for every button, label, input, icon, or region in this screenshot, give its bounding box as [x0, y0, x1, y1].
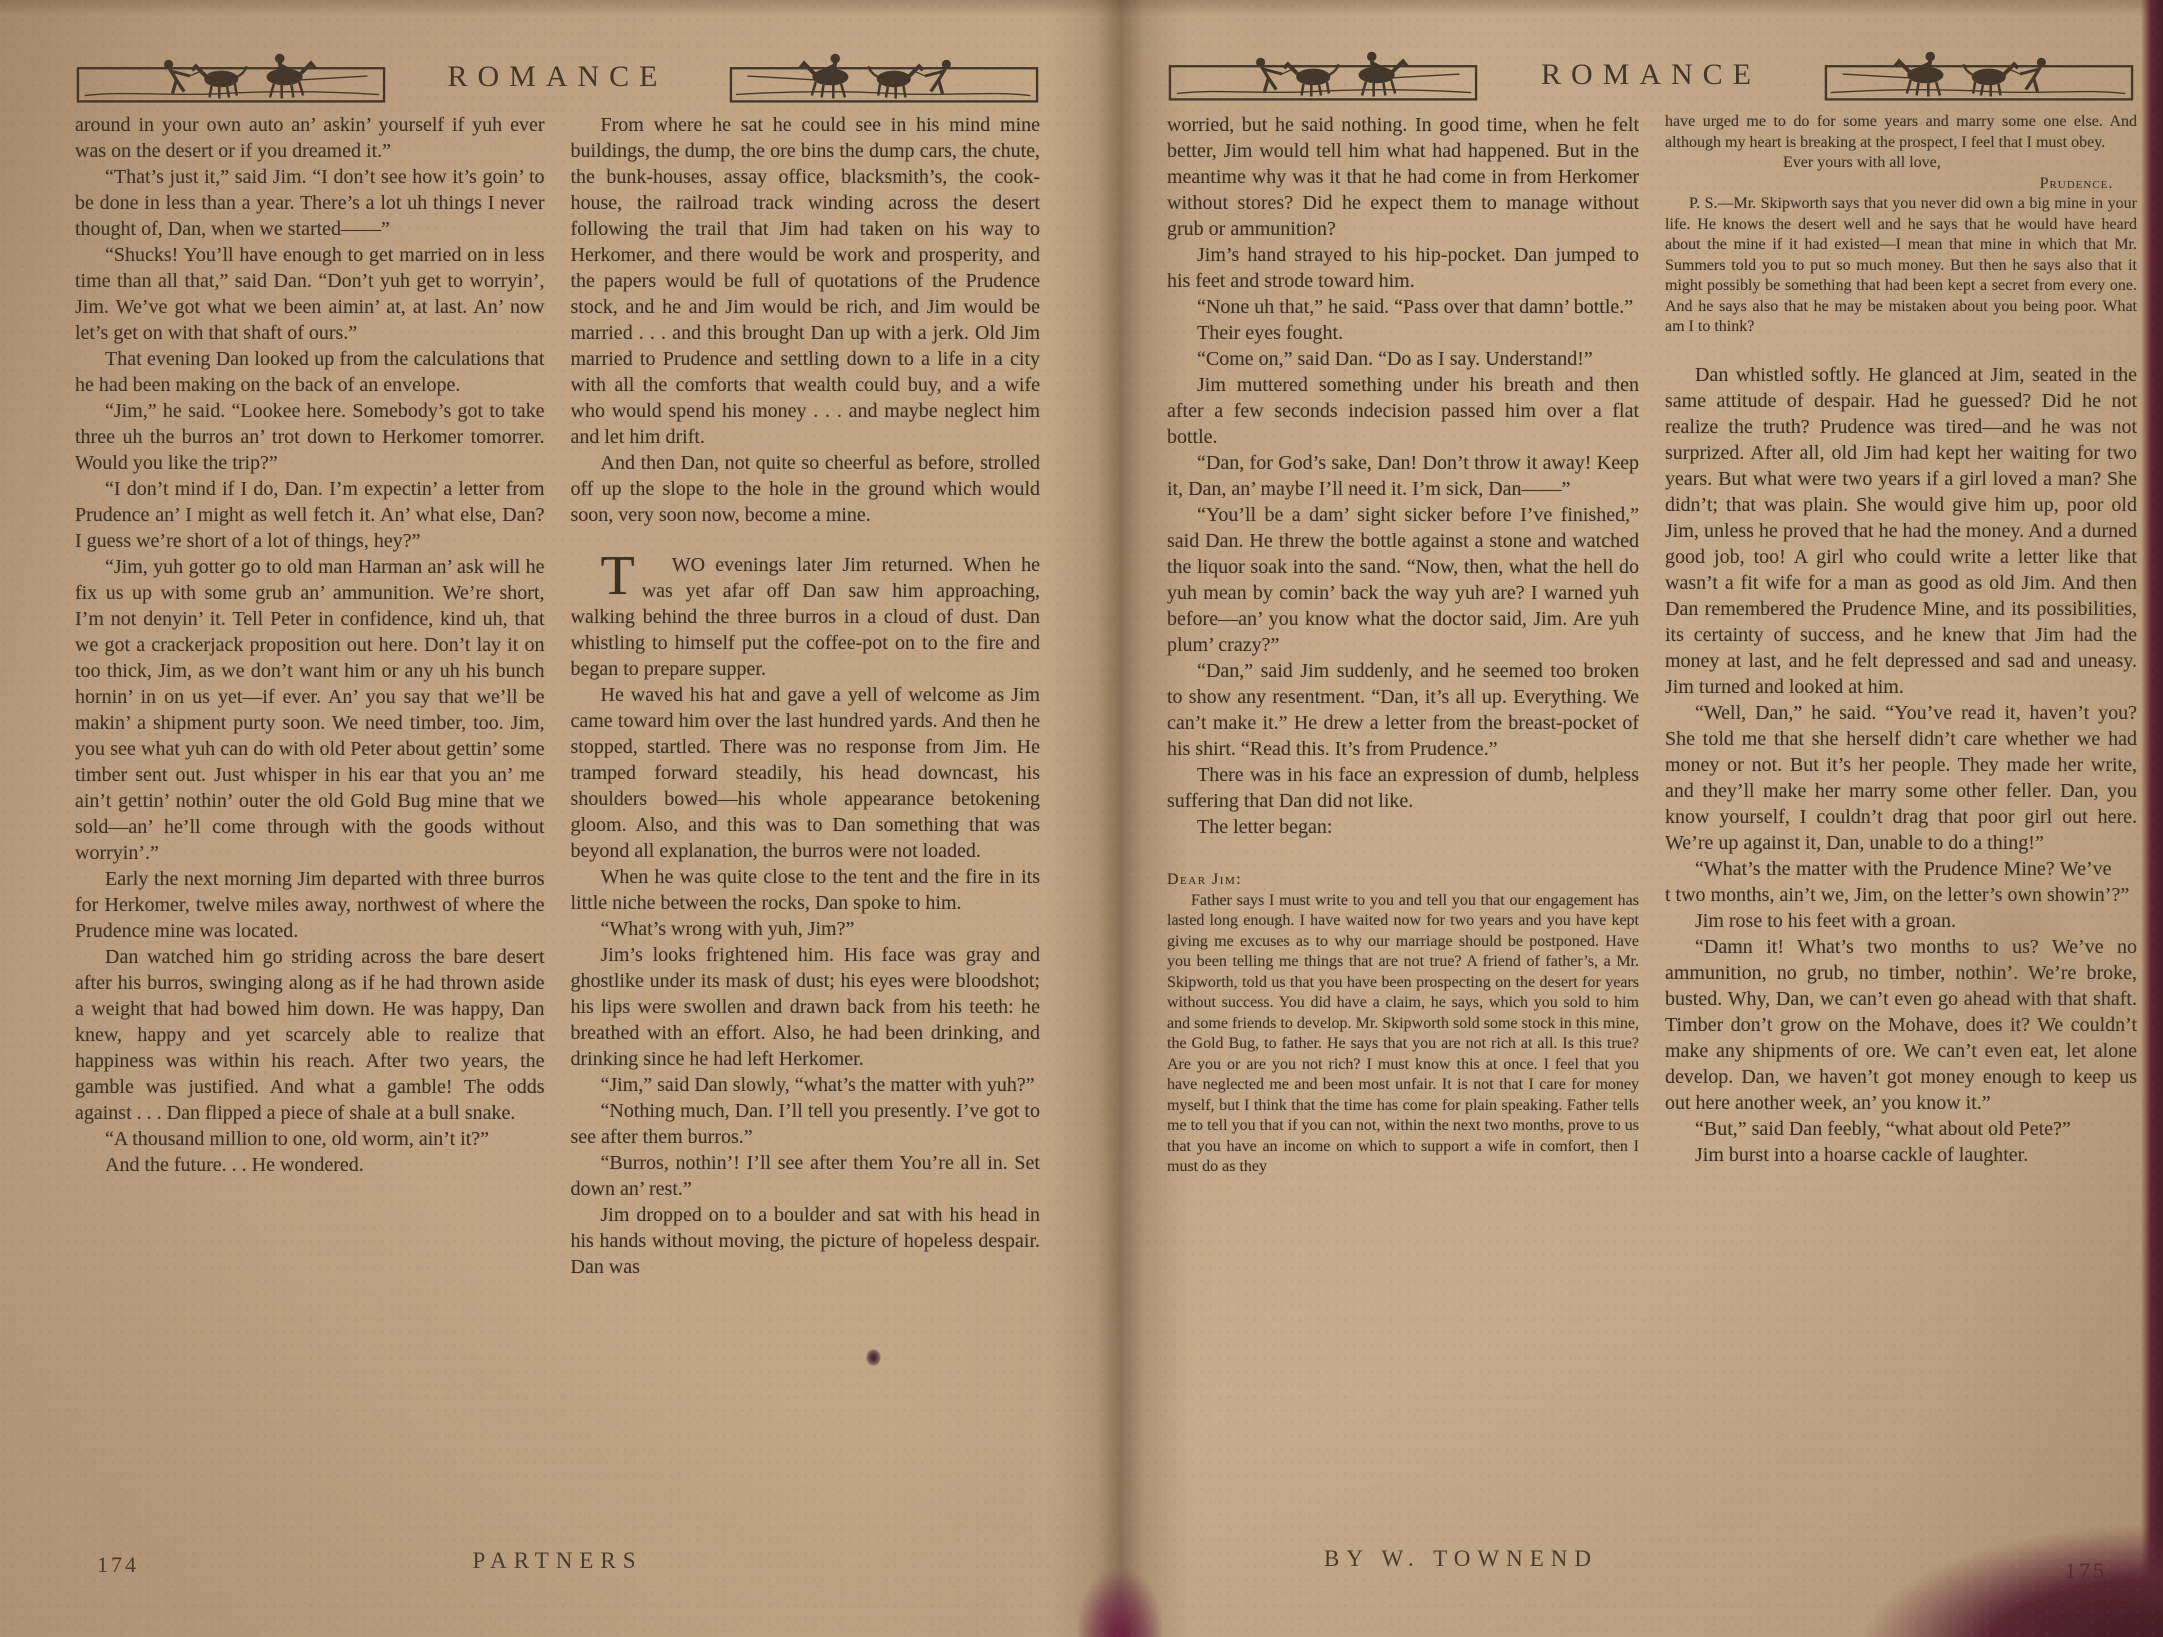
paragraph: That evening Dan looked up from the calc…	[75, 346, 545, 398]
paragraph: He waved his hat and gave a yell of welc…	[571, 682, 1041, 864]
paragraph: “A thousand million to one, old worm, ai…	[75, 1126, 545, 1152]
magazine-spread: ROMANCE around in your own auto an’ aski…	[0, 0, 2163, 1637]
paragraph: “You’ll be a dam’ sight sicker before I’…	[1167, 502, 1639, 658]
paragraph: Dan watched him go striding across the b…	[75, 944, 545, 1126]
paragraph: “Dan,” said Jim suddenly, and he seemed …	[1167, 658, 1639, 762]
paragraph: Prudence.	[1665, 174, 2137, 195]
paragraph: There was in his face an expression of d…	[1167, 762, 1639, 814]
paragraph: “That’s just it,” said Jim. “I don’t see…	[75, 164, 545, 242]
paragraph: And then Dan, not quite so cheerful as b…	[571, 450, 1041, 528]
page-left-header: ROMANCE	[75, 46, 1040, 108]
paragraph: Ever yours with all love,	[1665, 153, 2137, 174]
paragraph: Dear Jim:	[1167, 870, 1639, 891]
paragraph: Jim muttered something under his breath …	[1167, 372, 1639, 450]
paragraph: “None uh that,” he said. “Pass over that…	[1167, 294, 1639, 320]
page-number: 175	[2065, 1558, 2107, 1584]
paragraph: From where he sat he could see in his mi…	[571, 112, 1041, 450]
paragraph: around in your own auto an’ askin’ yours…	[75, 112, 545, 164]
paragraph: The letter began:	[1167, 814, 1639, 840]
paragraph: Jim burst into a hoarse cackle of laught…	[1665, 1142, 2137, 1168]
page-right-footer: BY W. TOWNEND 175	[1167, 1548, 2135, 1582]
paragraph: Early the next morning Jim departed with…	[75, 866, 545, 944]
text-column-3: worried, but he said nothing. In good ti…	[1167, 112, 1639, 1550]
page-left-footer: 174 PARTNERS	[75, 1548, 1040, 1582]
paragraph: Jim’s hand strayed to his hip-pocket. Da…	[1167, 242, 1639, 294]
paragraph: When he was quite close to the tent and …	[571, 864, 1041, 916]
paragraph: “Nothing much, Dan. I’ll tell you presen…	[571, 1098, 1041, 1150]
paragraph: “Jim, yuh gotter go to old man Harman an…	[75, 554, 545, 866]
header-ornament-riders-icon	[728, 46, 1040, 108]
text-columns: around in your own auto an’ askin’ yours…	[75, 112, 1040, 1550]
page-left: ROMANCE around in your own auto an’ aski…	[0, 0, 1105, 1637]
running-title: ROMANCE	[435, 60, 679, 94]
paragraph: “Dan, for God’s sake, Dan! Don’t throw i…	[1167, 450, 1639, 502]
paragraph: “I don’t mind if I do, Dan. I’m expectin…	[75, 476, 545, 554]
text-column-4: have urged me to do for some years and m…	[1665, 112, 2137, 1550]
paragraph: “Jim,” he said. “Lookee here. Somebody’s…	[75, 398, 545, 476]
paragraph: “Well, Dan,” he said. “You’ve read it, h…	[1665, 700, 2137, 856]
drop-cap: T	[571, 552, 642, 598]
paragraph: “Damn it! What’s two months to us? We’ve…	[1665, 934, 2137, 1116]
paragraph: “Come on,” said Dan. “Do as I say. Under…	[1167, 346, 1639, 372]
story-title: PARTNERS	[75, 1548, 1040, 1574]
text-columns: worried, but he said nothing. In good ti…	[1167, 112, 2137, 1550]
book-cover-edge	[2141, 0, 2163, 1637]
paragraph: And the future. . . He wondered.	[75, 1152, 545, 1178]
paragraph: “What’s wrong with yuh, Jim?”	[571, 916, 1041, 942]
text-column-2: From where he sat he could see in his mi…	[571, 112, 1041, 1550]
running-title: ROMANCE	[1529, 58, 1773, 92]
paragraph: “But,” said Dan feebly, “what about old …	[1665, 1116, 2137, 1142]
paragraph: Dan whistled softly. He glanced at Jim, …	[1665, 362, 2137, 700]
paragraph: Jim rose to his feet with a groan.	[1665, 908, 2137, 934]
paragraph: “Shucks! You’ll have enough to get marri…	[75, 242, 545, 346]
paragraph: “Burros, nothin’! I’ll see after them Yo…	[571, 1150, 1041, 1202]
paragraph: TWO evenings later Jim returned. When he…	[571, 552, 1041, 682]
page-right: ROMANCE worried, but he said nothing. In…	[1105, 0, 2145, 1637]
page-right-header: ROMANCE	[1167, 44, 2135, 106]
header-ornament-riders-icon	[1167, 44, 1479, 106]
paragraph: “What’s the matter with the Prudence Min…	[1665, 856, 2137, 908]
paragraph: Jim dropped on to a boulder and sat with…	[571, 1202, 1041, 1280]
paragraph: “Jim,” said Dan slowly, “what’s the matt…	[571, 1072, 1041, 1098]
header-ornament-riders-icon	[75, 46, 387, 108]
paragraph: have urged me to do for some years and m…	[1665, 112, 2137, 153]
ink-stain	[866, 1349, 881, 1366]
paragraph: Jim’s looks frightened him. His face was…	[571, 942, 1041, 1072]
story-byline: BY W. TOWNEND	[1167, 1546, 1755, 1572]
paragraph: Their eyes fought.	[1167, 320, 1639, 346]
text-column-1: around in your own auto an’ askin’ yours…	[75, 112, 545, 1550]
paragraph: P. S.—Mr. Skipworth says that you never …	[1665, 194, 2137, 338]
paragraph: worried, but he said nothing. In good ti…	[1167, 112, 1639, 242]
paragraph: Father says I must write to you and tell…	[1167, 891, 1639, 1178]
header-ornament-riders-icon	[1823, 44, 2135, 106]
